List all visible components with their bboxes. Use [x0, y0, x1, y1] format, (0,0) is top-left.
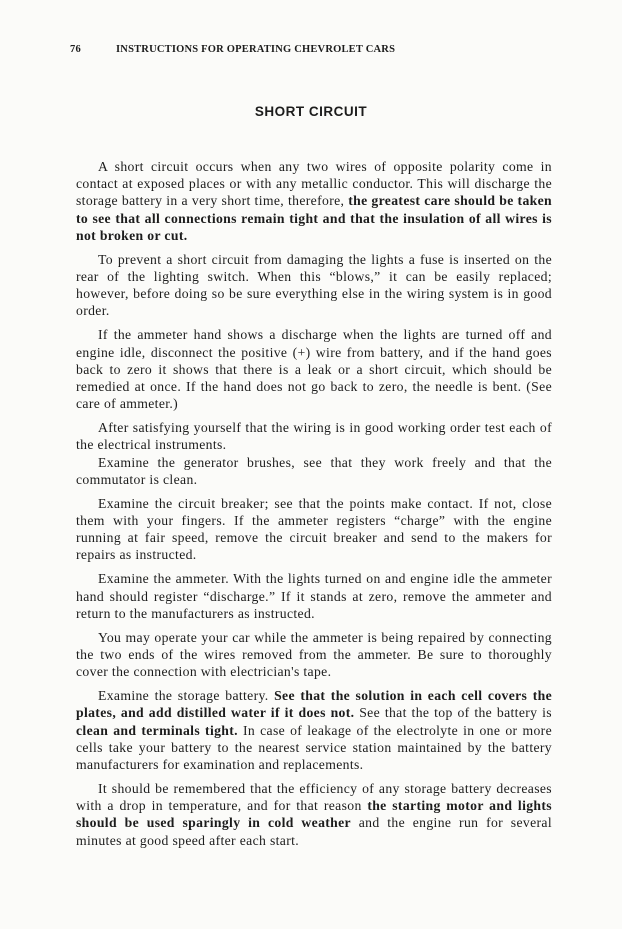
paragraph: If the ammeter hand shows a discharge wh… — [76, 326, 552, 412]
paragraph-text: Examine the ammeter. With the lights tur… — [76, 571, 552, 620]
emphasis-text: clean and terminals tight. — [76, 723, 238, 738]
paragraph-text: You may operate your car while the ammet… — [76, 630, 552, 679]
paragraph-text: See that the top of the battery is — [354, 705, 552, 720]
running-head: 76INSTRUCTIONS FOR OPERATING CHEVROLET C… — [70, 44, 550, 55]
paragraph: After satisfying yourself that the wirin… — [76, 419, 552, 453]
paragraph-text: To prevent a short circuit from damaging… — [76, 252, 552, 319]
paragraph: Examine the circuit breaker; see that th… — [76, 495, 552, 564]
body-text: A short circuit occurs when any two wire… — [76, 158, 552, 856]
paragraph-text: After satisfying yourself that the wirin… — [76, 420, 552, 452]
paragraph: Examine the ammeter. With the lights tur… — [76, 570, 552, 622]
running-title: INSTRUCTIONS FOR OPERATING CHEVROLET CAR… — [116, 44, 395, 55]
paragraph-text: If the ammeter hand shows a discharge wh… — [76, 327, 552, 411]
paragraph: A short circuit occurs when any two wire… — [76, 158, 552, 244]
paragraph: It should be remembered that the efficie… — [76, 780, 552, 849]
page-number: 76 — [70, 44, 116, 55]
paragraph-text: Examine the circuit breaker; see that th… — [76, 496, 552, 563]
paragraph: To prevent a short circuit from damaging… — [76, 251, 552, 320]
paragraph: Examine the storage battery. See that th… — [76, 687, 552, 773]
paragraph-text: Examine the storage battery. — [98, 688, 274, 703]
paragraph-text: Examine the generator brushes, see that … — [76, 455, 552, 487]
section-title: SHORT CIRCUIT — [0, 104, 622, 119]
paragraph: You may operate your car while the ammet… — [76, 629, 552, 681]
paragraph: Examine the generator brushes, see that … — [76, 454, 552, 488]
